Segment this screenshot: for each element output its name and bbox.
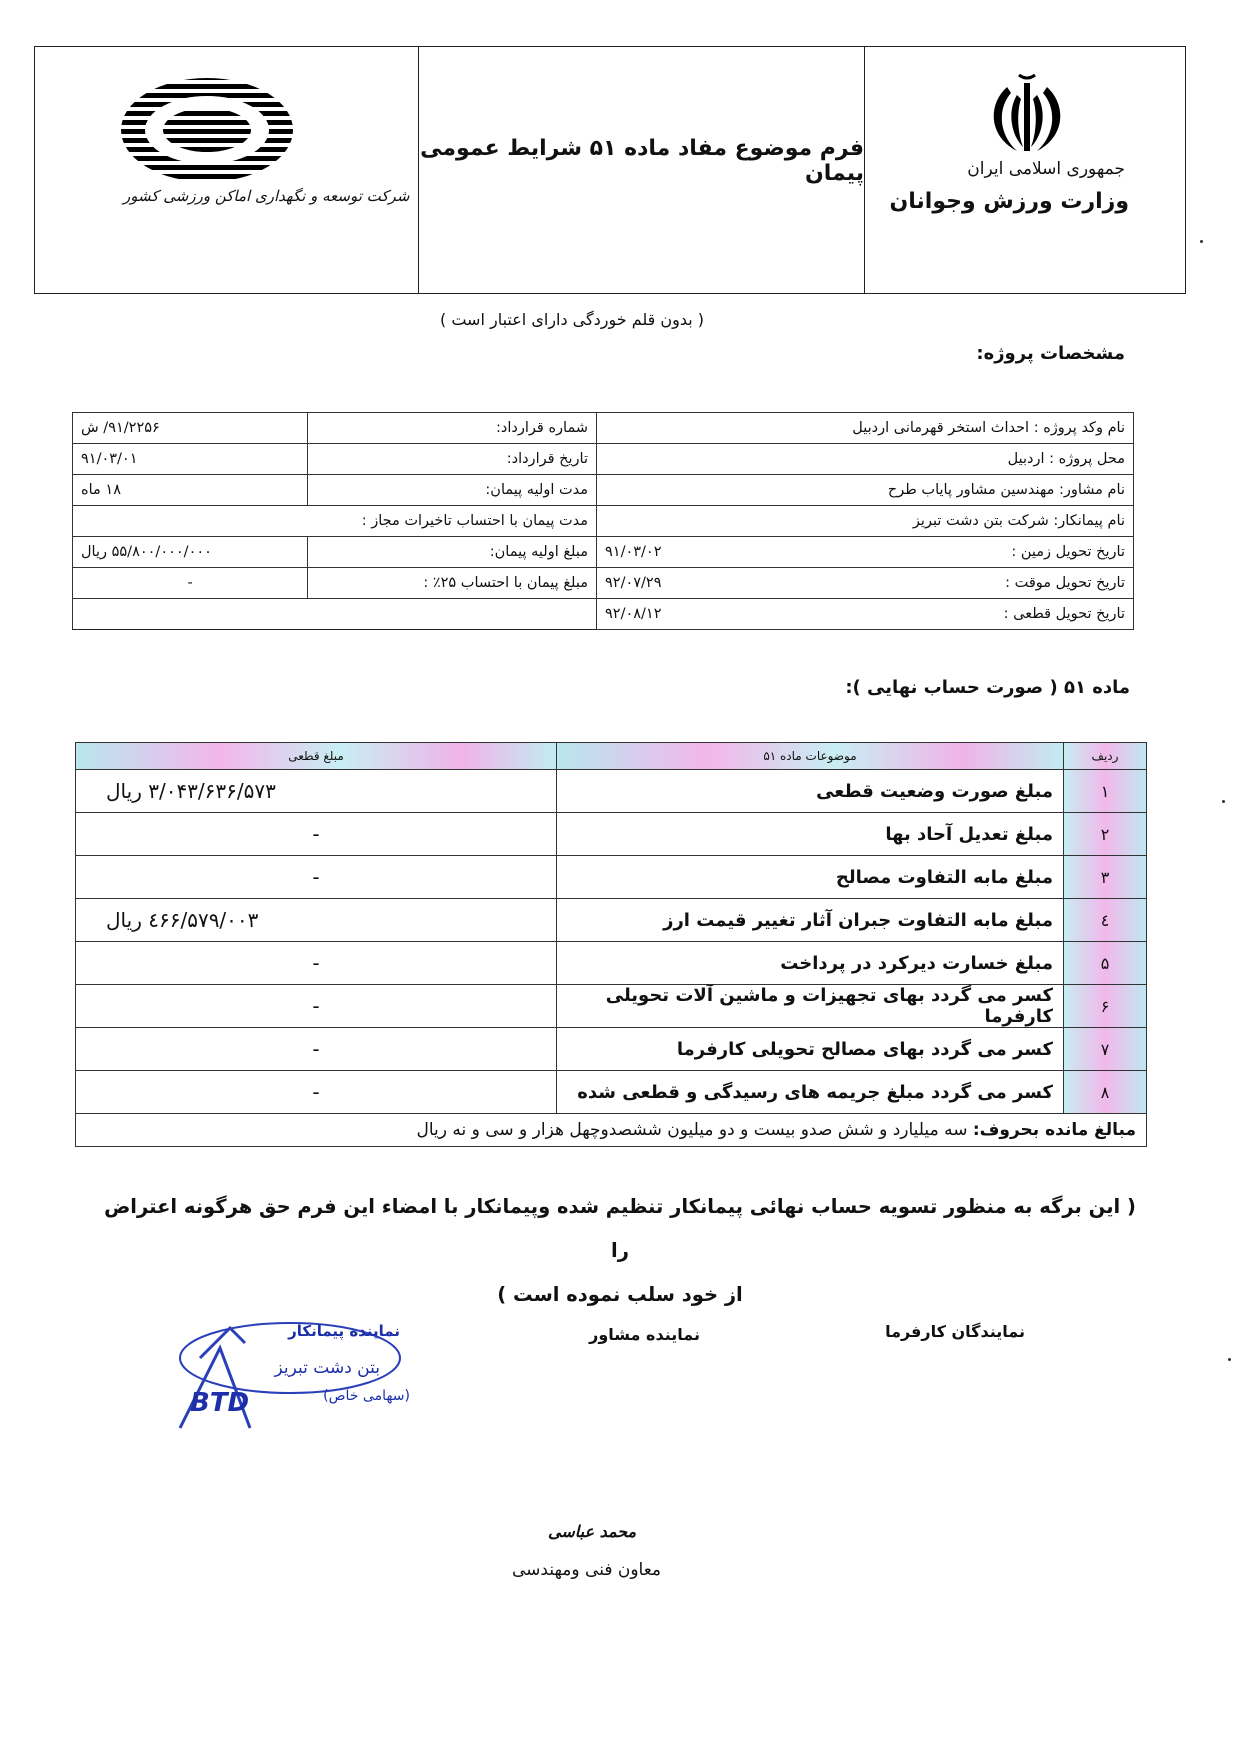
row-subject: مبلغ خسارت دیرکرد در پرداخت	[557, 942, 1064, 985]
contract-date-label: تاریخ قرارداد:	[308, 444, 597, 475]
empty-cell	[73, 599, 597, 630]
table-row: ۵ مبلغ خسارت دیرکرد در پرداخت -	[76, 942, 1147, 985]
scan-dot	[1222, 800, 1225, 803]
table-row: ۷ کسر می گردد بهای مصالح تحویلی کارفرما …	[76, 1028, 1147, 1071]
scan-dot	[1228, 1358, 1231, 1361]
contractor-representative: نماینده پیمانکار	[288, 1322, 400, 1340]
extended-duration-label: مدت پیمان با احتساب تاخیرات مجاز :	[73, 506, 597, 537]
signer-name: محمد عباسی	[548, 1522, 636, 1541]
words-value: سه میلیارد و شش صدو بیست و دو میلیون ششص…	[416, 1120, 967, 1140]
disclaimer-line-1: ( این برگه به منظور تسویه حساب نهائی پیم…	[100, 1185, 1140, 1273]
initial-duration-label: مدت اولیه پیمان:	[308, 475, 597, 506]
header-box: جمهوری اسلامی ایران وزارت ورزش وجوانان ف…	[34, 46, 1186, 294]
amount-25-value: -	[73, 568, 308, 599]
row-subject: مبلغ صورت وضعیت قطعی	[557, 770, 1064, 813]
signer-title: معاون فنی ومهندسی	[512, 1560, 661, 1580]
initial-amount-value: ۵۵/۸۰۰/۰۰۰/۰۰۰ ریال	[73, 537, 308, 568]
row-subject: کسر می گردد بهای تجهیزات و ماشین آلات تح…	[557, 985, 1064, 1028]
row-number: ۲	[1064, 813, 1147, 856]
project-info-table: نام وکد پروژه : احداث استخر قهرمانی اردب…	[72, 412, 1134, 630]
table-row: ۲ مبلغ تعدیل آحاد بها -	[76, 813, 1147, 856]
company-name: شرکت توسعه و نگهداری اماکن ورزشی کشور	[123, 187, 409, 205]
info-row: نام پیمانکار: شرکت بتن دشت تبریز مدت پیم…	[73, 506, 1134, 537]
row-amount: -	[76, 813, 557, 856]
amount-in-words-row: مبالغ مانده بحروف: سه میلیارد و شش صدو ب…	[76, 1114, 1147, 1147]
temporary-delivery-date: تاریخ تحویل موقت : ۹۲/۰۷/۲۹	[597, 568, 1134, 599]
row-number: ۱	[1064, 770, 1147, 813]
scan-dot	[1200, 240, 1203, 243]
table-row: ۸ کسر می گردد مبلغ جریمه های رسیدگی و قط…	[76, 1071, 1147, 1114]
row-amount: -	[76, 856, 557, 899]
row-number: ۶	[1064, 985, 1147, 1028]
consultant-name: نام مشاور: مهندسین مشاور پایاب طرح	[597, 475, 1134, 506]
row-subject: کسر می گردد مبلغ جریمه های رسیدگی و قطعی…	[557, 1071, 1064, 1114]
table-row: ۶ کسر می گردد بهای تجهیزات و ماشین آلات …	[76, 985, 1147, 1028]
contract-number-value: ۹۱/۲۲۵۶/ ش	[73, 413, 308, 444]
temporary-delivery-value: ۹۲/۰۷/۲۹	[605, 575, 662, 591]
row-number: ۷	[1064, 1028, 1147, 1071]
info-row: نام وکد پروژه : احداث استخر قهرمانی اردب…	[73, 413, 1134, 444]
employer-representatives: نمایندگان کارفرما	[885, 1322, 1025, 1341]
final-delivery-date: تاریخ تحویل قطعی : ۹۲/۰۸/۱۲	[597, 599, 1134, 630]
project-name: نام وکد پروژه : احداث استخر قهرمانی اردب…	[597, 413, 1134, 444]
row-number: ۵	[1064, 942, 1147, 985]
row-amount: -	[76, 1071, 557, 1114]
row-subject: کسر می گردد بهای مصالح تحویلی کارفرما	[557, 1028, 1064, 1071]
final-delivery-label: تاریخ تحویل قطعی :	[1004, 606, 1125, 622]
stamp-logo: BTD	[190, 1388, 249, 1418]
company-cell: شرکت توسعه و نگهداری اماکن ورزشی کشور	[35, 47, 418, 293]
info-row: محل پروژه : اردبیل تاریخ قرارداد: ۹۱/۰۳/…	[73, 444, 1134, 475]
row-subject: مبلغ مابه التفاوت جبران آثار تغییر قیمت …	[557, 899, 1064, 942]
company-logo-icon	[117, 75, 297, 185]
ministry-cell: جمهوری اسلامی ایران وزارت ورزش وجوانان	[864, 47, 1185, 293]
form-title: فرم موضوع مفاد ماده ۵۱ شرایط عمومی پیمان	[419, 136, 864, 186]
final-delivery-value: ۹۲/۰۸/۱۲	[605, 606, 662, 622]
iran-emblem-icon	[977, 65, 1077, 165]
row-number: ۸	[1064, 1071, 1147, 1114]
info-row: تاریخ تحویل زمین : ۹۱/۰۳/۰۲ مبلغ اولیه پ…	[73, 537, 1134, 568]
row-number: ٤	[1064, 899, 1147, 942]
ministry-name: وزارت ورزش وجوانان	[890, 189, 1130, 214]
contract-date-value: ۹۱/۰۳/۰۱	[73, 444, 308, 475]
contract-number-label: شماره قرارداد:	[308, 413, 597, 444]
project-location: محل پروژه : اردبیل	[597, 444, 1134, 475]
validity-note: ( بدون قلم خوردگی دارای اعتبار است )	[440, 310, 704, 329]
stamp-company-type: (سهامی خاص)	[323, 1388, 410, 1404]
contractor-stamp: نماینده پیمانکار بتن دشت تبریز (سهامی خا…	[160, 1318, 420, 1438]
table-header-row: ردیف موضوعات ماده ۵۱ مبلغ قطعی	[76, 743, 1147, 770]
consultant-representative: نماینده مشاور	[589, 1325, 700, 1344]
government-line: جمهوری اسلامی ایران	[967, 159, 1125, 179]
project-section-title: مشخصات پروژه:	[976, 343, 1125, 364]
table-row: ٤ مبلغ مابه التفاوت جبران آثار تغییر قیم…	[76, 899, 1147, 942]
temporary-delivery-label: تاریخ تحویل موقت :	[1005, 575, 1125, 591]
row-amount: -	[76, 985, 557, 1028]
row-amount: -	[76, 942, 557, 985]
row-amount: -	[76, 1028, 557, 1071]
contractor-name: نام پیمانکار: شرکت بتن دشت تبریز	[597, 506, 1134, 537]
row-amount: ۵۷۹/۰۰۳/٤۶۶ ریال	[76, 899, 557, 942]
info-row: تاریخ تحویل موقت : ۹۲/۰۷/۲۹ مبلغ پیمان ب…	[73, 568, 1134, 599]
column-header-subject: موضوعات ماده ۵۱	[557, 743, 1064, 770]
disclaimer-line-2: از خود سلب نموده است )	[100, 1273, 1140, 1317]
row-subject: مبلغ مابه التفاوت مصالح	[557, 856, 1064, 899]
land-delivery-date: تاریخ تحویل زمین : ۹۱/۰۳/۰۲	[597, 537, 1134, 568]
land-delivery-label: تاریخ تحویل زمین :	[1011, 544, 1125, 560]
article-51-table: ردیف موضوعات ماده ۵۱ مبلغ قطعی ۱ مبلغ صو…	[75, 742, 1147, 1147]
title-cell: فرم موضوع مفاد ماده ۵۱ شرایط عمومی پیمان	[418, 47, 864, 293]
article-section-title: ماده ۵۱ ( صورت حساب نهایی ):	[845, 677, 1130, 698]
row-number: ۳	[1064, 856, 1147, 899]
amount-25-label: مبلغ پیمان با احتساب ۲۵٪ :	[308, 568, 597, 599]
stamp-company: بتن دشت تبریز	[275, 1358, 380, 1378]
initial-amount-label: مبلغ اولیه پیمان:	[308, 537, 597, 568]
column-header-row-no: ردیف	[1064, 743, 1147, 770]
column-header-amount: مبلغ قطعی	[76, 743, 557, 770]
row-amount: ۳/۰۴۳/۶۳۶/۵۷۳ ریال	[76, 770, 557, 813]
info-row: نام مشاور: مهندسین مشاور پایاب طرح مدت ا…	[73, 475, 1134, 506]
disclaimer: ( این برگه به منظور تسویه حساب نهائی پیم…	[100, 1185, 1140, 1317]
row-subject: مبلغ تعدیل آحاد بها	[557, 813, 1064, 856]
amount-in-words: مبالغ مانده بحروف: سه میلیارد و شش صدو ب…	[76, 1114, 1147, 1147]
table-row: ۳ مبلغ مابه التفاوت مصالح -	[76, 856, 1147, 899]
info-row: تاریخ تحویل قطعی : ۹۲/۰۸/۱۲	[73, 599, 1134, 630]
initial-duration-value: ۱۸ ماه	[73, 475, 308, 506]
table-row: ۱ مبلغ صورت وضعیت قطعی ۳/۰۴۳/۶۳۶/۵۷۳ ریا…	[76, 770, 1147, 813]
words-label: مبالغ مانده بحروف:	[973, 1120, 1136, 1140]
land-delivery-value: ۹۱/۰۳/۰۲	[605, 544, 662, 560]
